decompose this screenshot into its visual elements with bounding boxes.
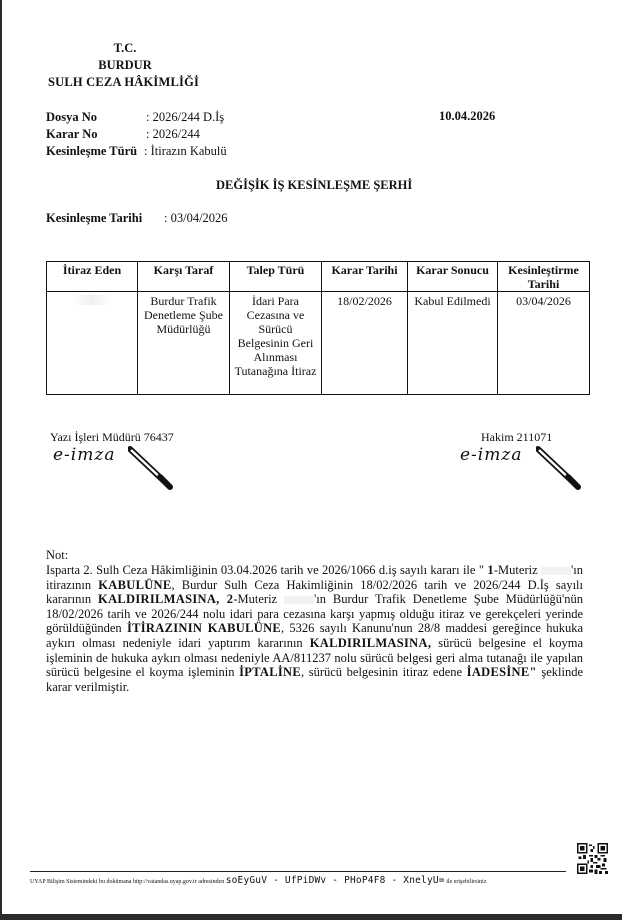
footer-divider — [30, 871, 566, 872]
cell-karar-tarihi: 18/02/2026 — [322, 292, 408, 395]
col-talep-turu: Talep Türü — [230, 262, 322, 292]
footer-prefix: UYAP Bilişim Sistemindeki bu dokümana ht… — [30, 879, 224, 885]
note-emphasis: İTİRAZININ KABULÜNE — [127, 621, 281, 635]
kesinlesme-tarihi-row: Kesinleşme Tarihi : 03/04/2026 — [46, 211, 142, 226]
cell-karar-sonucu: Kabul Edilmedi — [408, 292, 498, 395]
note-emphasis: KALDIRILMASINA, — [310, 636, 432, 650]
dosya-no-label: Dosya No — [46, 109, 97, 125]
table-row: Burdur Trafik Denetleme Şube Müdürlüğü İ… — [47, 292, 590, 395]
cell-itiraz-eden — [47, 292, 138, 395]
redacted-name — [284, 596, 314, 604]
redacted-name — [541, 567, 571, 575]
col-itiraz-eden: İtiraz Eden — [47, 262, 138, 292]
header-court: SULH CEZA HÂKİMLİĞİ — [48, 75, 208, 90]
note-emphasis: KALDIRILMASINA, 2 — [98, 592, 233, 606]
cell-karsi-taraf: Burdur Trafik Denetleme Şube Müdürlüğü — [138, 292, 230, 395]
kesinlesme-turu-value: : İtirazın Kabulü — [144, 143, 227, 159]
document-title: DEĞİŞİK İŞ KESİNLEŞME ŞERHİ — [216, 178, 412, 193]
window-left-edge — [0, 0, 2, 920]
table-header-row: İtiraz Eden Karşı Taraf Talep Türü Karar… — [47, 262, 590, 292]
footer-verification: UYAP Bilişim Sistemindeki bu dokümana ht… — [30, 874, 486, 889]
kesinlesme-tarihi-label: Kesinleşme Tarihi — [46, 211, 142, 225]
judge-signature-title: Hakim 211071 — [481, 430, 552, 445]
header-city: BURDUR — [80, 58, 170, 73]
pen-icon — [536, 445, 582, 491]
dosya-no-value: : 2026/244 D.İş — [146, 109, 224, 125]
note-text: , sürücü belgesinin itiraz edene — [301, 665, 467, 679]
note-emphasis: İPTALİNE — [239, 665, 301, 679]
pen-icon — [128, 445, 174, 491]
karar-no-value: : 2026/244 — [146, 126, 200, 142]
cell-talep-turu: İdari Para Cezasına ve Sürücü Belgesinin… — [230, 292, 322, 395]
document-date: 10.04.2026 — [439, 109, 495, 124]
note-emphasis: İADESİNE" — [467, 665, 537, 679]
note-text: Isparta 2. Sulh Ceza Hâkimliğinin 03.04.… — [46, 563, 487, 577]
note-text: -Muteriz — [494, 563, 541, 577]
note-body: Isparta 2. Sulh Ceza Hâkimliğinin 03.04.… — [46, 563, 583, 694]
window-bottom-edge — [0, 914, 622, 920]
col-karsi-taraf: Karşı Taraf — [138, 262, 230, 292]
decision-table: İtiraz Eden Karşı Taraf Talep Türü Karar… — [46, 261, 590, 395]
qr-code-icon — [577, 843, 608, 874]
note-label: Not: — [46, 548, 68, 563]
clerk-signature-title: Yazı İşleri Müdürü 76437 — [50, 430, 174, 445]
footer-suffix: ile erişebilirsiniz — [446, 879, 486, 885]
karar-no-label: Karar No — [46, 126, 98, 142]
kesinlesme-tarihi-value: : 03/04/2026 — [164, 211, 228, 226]
header-tc: T.C. — [100, 41, 150, 56]
note-emphasis: KABULÜNE — [98, 578, 171, 592]
kesinlesme-turu-label: Kesinleşme Türü — [46, 143, 137, 159]
cell-kesinlestirme-tarihi: 03/04/2026 — [498, 292, 590, 395]
note-text: -Muteriz — [233, 592, 284, 606]
clerk-e-signature: e-imza — [53, 445, 115, 465]
redacted-name — [72, 295, 112, 305]
col-kesinlestirme-tarihi: Kesinleştirme Tarihi — [498, 262, 590, 292]
verification-code: soEyGuV - UfPiDWv - PHoP4F8 - XnelyU= — [226, 875, 445, 886]
judge-e-signature: e-imza — [460, 445, 522, 465]
col-karar-sonucu: Karar Sonucu — [408, 262, 498, 292]
col-karar-tarihi: Karar Tarihi — [322, 262, 408, 292]
